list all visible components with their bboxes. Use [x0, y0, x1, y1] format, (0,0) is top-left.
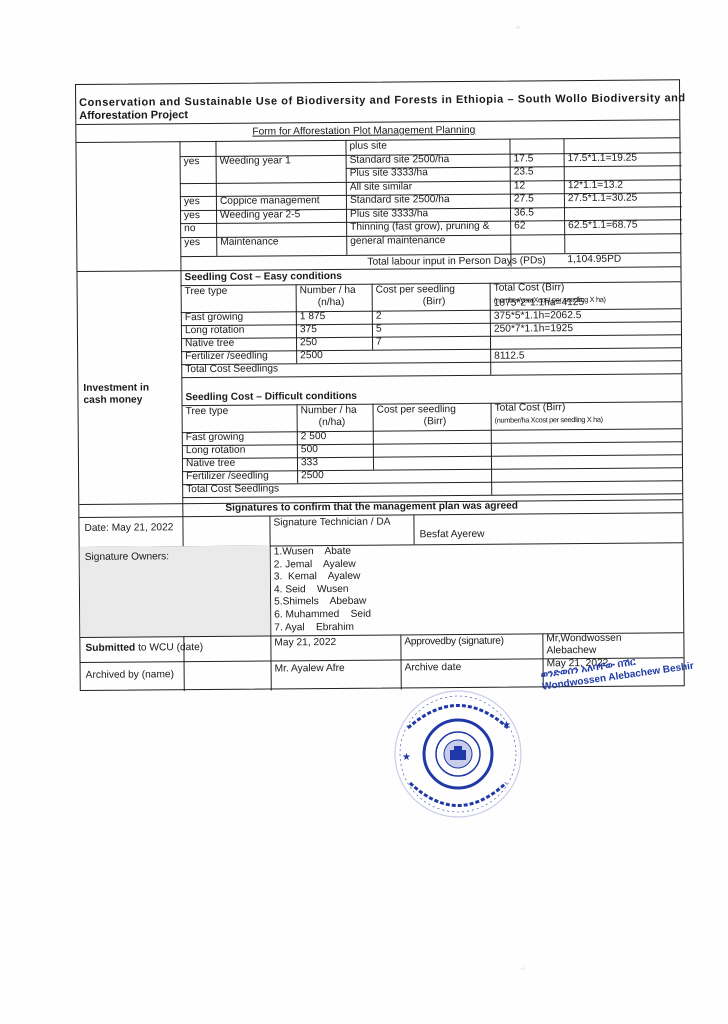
header-number: Number / ha	[301, 405, 357, 416]
number-per-ha: 500	[301, 444, 318, 455]
row-divider	[181, 334, 681, 339]
row-divider	[181, 308, 681, 313]
labour-flag: yes	[184, 156, 200, 167]
labour-activity: Maintenance	[220, 236, 278, 247]
archive-date-label: Archive date	[405, 662, 462, 673]
labour-person-days: 36.5	[514, 207, 534, 218]
form-table: Conservation and Sustainable Use of Biod…	[75, 79, 685, 691]
labour-site: All site similar	[350, 181, 412, 192]
project-title-line1: Conservation and Sustainable Use of Biod…	[79, 92, 686, 109]
number-per-ha: 2500	[301, 470, 324, 481]
tree-type: Native tree	[185, 338, 234, 349]
row-divider	[346, 233, 682, 237]
seedling-cost-difficult-table: Seedling Cost – Difficult conditionsTree…	[76, 80, 679, 85]
official-stamp-icon: ★ ★	[388, 688, 528, 820]
number-per-ha: 375	[300, 324, 317, 335]
header-cost-unit: (Birr)	[424, 416, 447, 427]
header-cost-unit: (Birr)	[423, 296, 446, 307]
row-divider	[182, 428, 682, 433]
labour-flag: yes	[184, 196, 200, 207]
archived-by-name: Mr. Ayalew Afre	[275, 663, 345, 675]
scanned-page: ⁘ ⁘ Conservation and Sustainable Use of …	[0, 0, 728, 1024]
column-divider	[372, 284, 374, 350]
total-labour-value: 1,104.95PD	[567, 254, 621, 265]
number-per-ha: 333	[301, 457, 318, 468]
labour-flag: no	[184, 223, 195, 234]
approved-label: Approvedby (signature)	[404, 636, 503, 648]
signatures-title: Signatures to confirm that the managemen…	[225, 501, 518, 514]
number-per-ha: 250	[300, 337, 317, 348]
labour-site: Standard site 2500/ha	[350, 154, 450, 166]
cost-per-seedling: 7	[376, 337, 382, 348]
total-cost: 375*5*1.1h=2062.5	[494, 310, 582, 322]
owner-name: 2. Jemal Ayalew	[274, 558, 356, 570]
approver-name: Mr,Wondwossen	[546, 633, 621, 645]
owner-name: 5.Shimels Abebaw	[274, 596, 366, 608]
row-divider	[182, 454, 682, 459]
scan-speck: ⁘	[520, 965, 526, 973]
labour-site: plus site	[349, 141, 386, 152]
column-divider	[215, 141, 217, 256]
form-title: Form for Afforestation Plot Management P…	[252, 125, 475, 138]
labour-calc: 17.5*1.1=19.25	[568, 152, 637, 164]
labour-site: Plus site 3333/ha	[350, 167, 428, 179]
row-divider	[181, 321, 681, 326]
owner-name: 7. Ayal Ebrahim	[274, 621, 354, 633]
labour-person-days: 12	[514, 180, 525, 191]
svg-text:★: ★	[402, 752, 411, 763]
total-cost: 1875*2*1.1ha=4125	[494, 297, 584, 309]
investment-label: cash money	[83, 394, 142, 405]
total-cost: 250*7*1.1h=1925	[494, 323, 573, 335]
labour-person-days: 17.5	[514, 153, 534, 164]
archived-by-label: Archived by (name)	[86, 669, 174, 681]
labour-site: general maintenance	[350, 235, 445, 247]
row-divider	[180, 181, 346, 183]
technician-name: Besfat Ayerew	[420, 529, 485, 541]
owner-name: 1.Wusen Abate	[274, 546, 351, 558]
project-title-line2: Afforestation Project	[79, 109, 188, 122]
tree-type: Fertilizer /seedling	[185, 350, 268, 362]
number-per-ha: 2 500	[301, 431, 327, 442]
tree-type: Long rotation	[185, 325, 245, 336]
header-number-unit: (n/ha)	[318, 297, 345, 308]
row-divider	[182, 441, 682, 446]
owners-label: Signature Owners:	[85, 551, 169, 563]
header-cost: Cost per seedling	[377, 404, 456, 416]
labour-site: Plus site 3333/ha	[350, 208, 428, 220]
labour-flag: yes	[184, 210, 200, 221]
approver-name: Alebachew	[546, 645, 596, 656]
owner-name: 4. Seid Wusen	[274, 584, 349, 596]
column-divider	[400, 634, 401, 689]
row-divider	[180, 222, 346, 224]
labour-activity: Weeding year 2-5	[220, 209, 300, 221]
submitted-label: Submitted to WCU (date)	[85, 642, 203, 654]
number-per-ha: 1 875	[300, 311, 326, 322]
submitted-date: May 21, 2022	[274, 637, 336, 648]
labour-calc: 27.5*1.1=30.25	[568, 193, 637, 205]
header-number-unit: (n/ha)	[319, 417, 346, 428]
technician-label: Signature Technician / DA	[273, 517, 390, 529]
labour-flag: yes	[184, 237, 200, 248]
owners-list: 1.Wusen Abate2. Jemal Ayalew3. Kemal Aya…	[76, 80, 679, 85]
labour-activity: Coppice management	[220, 195, 320, 207]
cost-per-seedling: 5	[376, 324, 382, 335]
labour-table: plus siteyesWeeding year 1Standard site …	[76, 80, 679, 85]
labour-site: Standard site 2500/ha	[350, 194, 450, 206]
header-total: Total Cost (Birr)	[494, 282, 565, 294]
investment-label: Investment in	[83, 382, 149, 394]
total-cost-label: Total Cost Seedlings	[186, 483, 279, 495]
table-title: Seedling Cost – Easy conditions	[184, 271, 341, 283]
labour-activity: Weeding year 1	[220, 155, 291, 167]
cost-per-seedling: 2	[376, 311, 382, 322]
header-cost: Cost per seedling	[376, 284, 455, 296]
labour-person-days: 23.5	[514, 166, 534, 177]
table-title: Seedling Cost – Difficult conditions	[185, 391, 357, 403]
header-total: Total Cost (Birr)	[495, 402, 566, 414]
scan-speck: ⁘	[515, 24, 521, 32]
total-labour-label: Total labour input in Person Days (PDs)	[367, 255, 545, 267]
owner-name: 6. Muhammed Seid	[274, 609, 371, 621]
column-divider	[413, 514, 414, 544]
date-field: Date: May 21, 2022	[84, 522, 173, 534]
header-tree-type: Tree type	[186, 406, 229, 417]
tree-type: Fast growing	[185, 312, 243, 323]
tree-type: Native tree	[186, 458, 235, 469]
header-tree-type: Tree type	[185, 286, 228, 297]
number-per-ha: 2500	[300, 350, 323, 361]
submitted-label-bold: Submitted	[85, 643, 135, 654]
header-total-formula: (number/ha Xcost per seedling X ha)	[495, 415, 603, 425]
column-divider	[373, 404, 375, 470]
labour-person-days: 62	[514, 220, 525, 231]
column-divider	[563, 138, 565, 253]
column-divider	[345, 140, 347, 255]
total-cost-label: Total Cost Seedlings	[185, 363, 278, 375]
total-cost-value: 8112.5	[494, 350, 524, 361]
column-divider	[509, 139, 511, 267]
submitted-label-rest: to WCU (date)	[135, 642, 203, 654]
tree-type: Fast growing	[186, 432, 244, 443]
labour-person-days: 27.5	[514, 193, 534, 204]
labour-calc: 12*1.1=13.2	[568, 179, 623, 190]
header-number: Number / ha	[300, 285, 356, 296]
owner-name: 3. Kemal Ayalew	[274, 571, 361, 583]
tree-type: Fertilizer /seedling	[186, 470, 269, 482]
tree-type: Long rotation	[186, 445, 246, 456]
seedling-cost-easy-table: Seedling Cost – Easy conditionsTree type…	[76, 80, 679, 85]
labour-calc: 62.5*1.1=68.75	[568, 220, 637, 232]
